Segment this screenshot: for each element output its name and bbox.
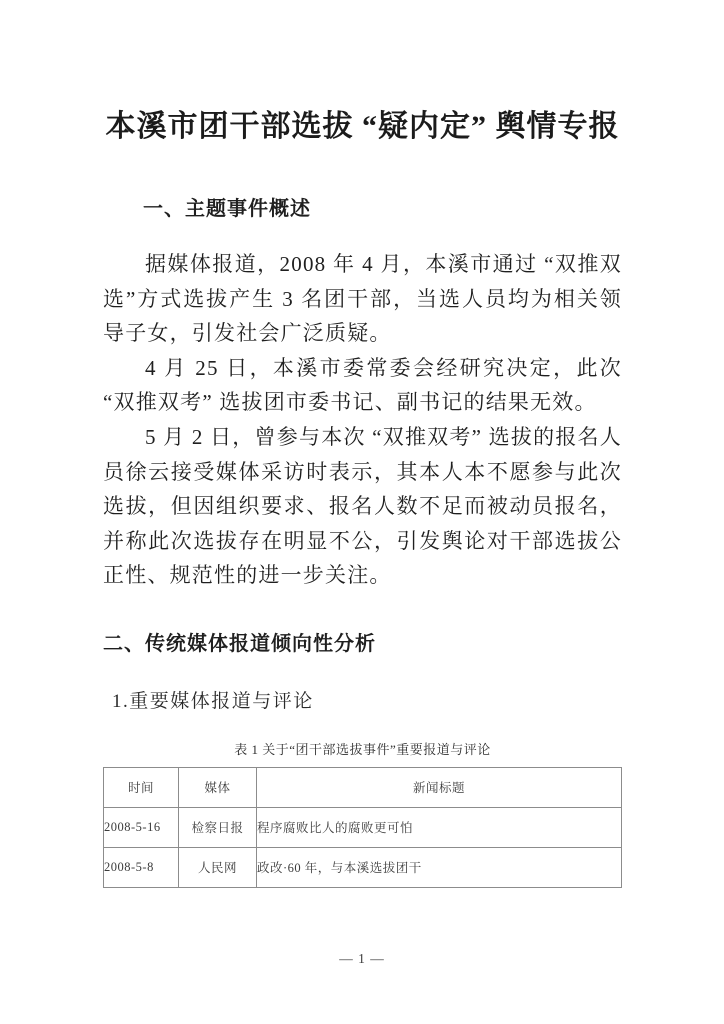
page-number: — 1 — — [0, 951, 724, 967]
overview-paragraphs: 据媒体报道，2008 年 4 月，本溪市通过 “双推双选”方式选拔产生 3 名团… — [103, 247, 622, 593]
document-page: 本溪市团干部选拔 “疑内定” 舆情专报 一、主题事件概述 据媒体报道，2008 … — [0, 0, 724, 1024]
subsection-heading-key-reports: 1.重要媒体报道与评论 — [103, 689, 622, 714]
cell-time: 2008-5-16 — [104, 807, 179, 847]
cell-time: 2008-5-8 — [104, 847, 179, 887]
column-header-headline: 新闻标题 — [257, 767, 622, 807]
page-content: 本溪市团干部选拔 “疑内定” 舆情专报 一、主题事件概述 据媒体报道，2008 … — [103, 0, 622, 888]
body-paragraph: 5 月 2 日，曾参与本次 “双推双考” 选拔的报名人员徐云接受媒体采访时表示，… — [103, 420, 622, 593]
section-heading-media-analysis: 二、传统媒体报道倾向性分析 — [103, 631, 622, 658]
column-header-time: 时间 — [104, 767, 179, 807]
body-paragraph: 4 月 25 日，本溪市委常委会经研究决定，此次 “双推双考” 选拔团市委书记、… — [103, 351, 622, 420]
cell-media: 检察日报 — [179, 807, 257, 847]
table-row: 2008-5-8 人民网 政改·60 年，与本溪选拔团干 — [104, 847, 622, 887]
section-heading-overview: 一、主题事件概述 — [103, 196, 622, 223]
cell-media: 人民网 — [179, 847, 257, 887]
media-reports-table: 时间 媒体 新闻标题 2008-5-16 检察日报 程序腐败比人的腐败更可怕 2… — [103, 767, 622, 888]
document-title: 本溪市团干部选拔 “疑内定” 舆情专报 — [103, 104, 622, 150]
table-header-row: 时间 媒体 新闻标题 — [104, 767, 622, 807]
table-row: 2008-5-16 检察日报 程序腐败比人的腐败更可怕 — [104, 807, 622, 847]
cell-headline: 程序腐败比人的腐败更可怕 — [257, 807, 622, 847]
body-paragraph: 据媒体报道，2008 年 4 月，本溪市通过 “双推双选”方式选拔产生 3 名团… — [103, 247, 622, 351]
column-header-media: 媒体 — [179, 767, 257, 807]
cell-headline: 政改·60 年，与本溪选拔团干 — [257, 847, 622, 887]
table-caption: 表 1 关于“团干部选拔事件”重要报道与评论 — [103, 742, 622, 758]
